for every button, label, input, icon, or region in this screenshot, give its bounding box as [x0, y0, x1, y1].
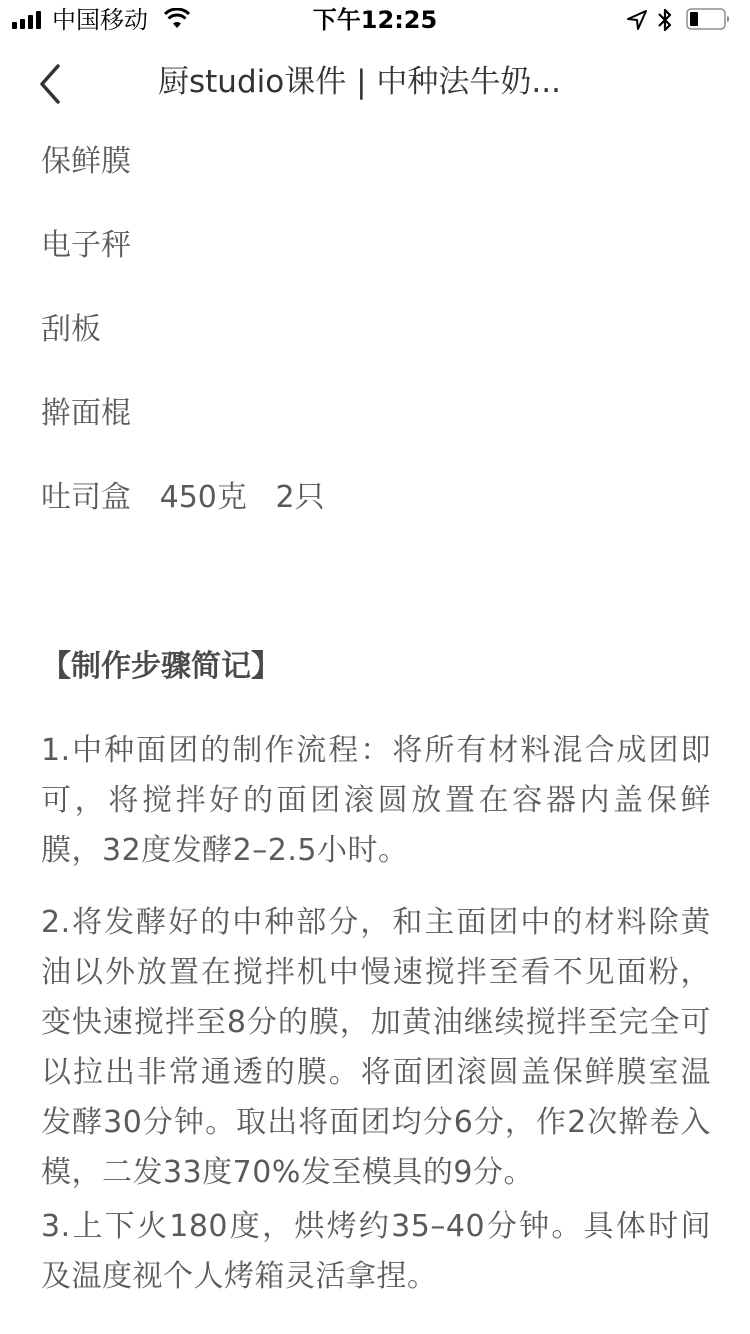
tool-item: 吐司盒 450克 2只 [41, 478, 325, 518]
tool-item: 刮板 [41, 310, 101, 350]
section-heading: 【制作步骤简记】 [41, 645, 281, 689]
bluetooth-icon [657, 7, 673, 33]
tool-item: 擀面棍 [41, 394, 131, 434]
location-icon [626, 9, 648, 31]
page-title: 厨studio课件 | 中种法牛奶... [150, 60, 608, 104]
tool-item: 电子秤 [41, 226, 131, 266]
chevron-left-icon [36, 62, 64, 106]
step-paragraph: 1.中种面团的制作流程：将所有材料混合成团即可，将搅拌好的面团滚圆放置在容器内盖… [41, 726, 711, 876]
back-button[interactable] [22, 58, 78, 110]
battery-icon [686, 8, 730, 30]
status-bar: 中国移动 下午12:25 [0, 0, 750, 40]
tool-item: 保鲜膜 [41, 142, 131, 182]
step-paragraph: 3.上下火180度，烘烤约35–40分钟。具体时间及温度视个人烤箱灵活拿捏。 [41, 1202, 711, 1302]
nav-bar: 厨studio课件 | 中种法牛奶... [0, 40, 750, 128]
step-paragraph: 2.将发酵好的中种部分，和主面团中的材料除黄油以外放置在搅拌机中慢速搅拌至看不见… [41, 898, 711, 1198]
